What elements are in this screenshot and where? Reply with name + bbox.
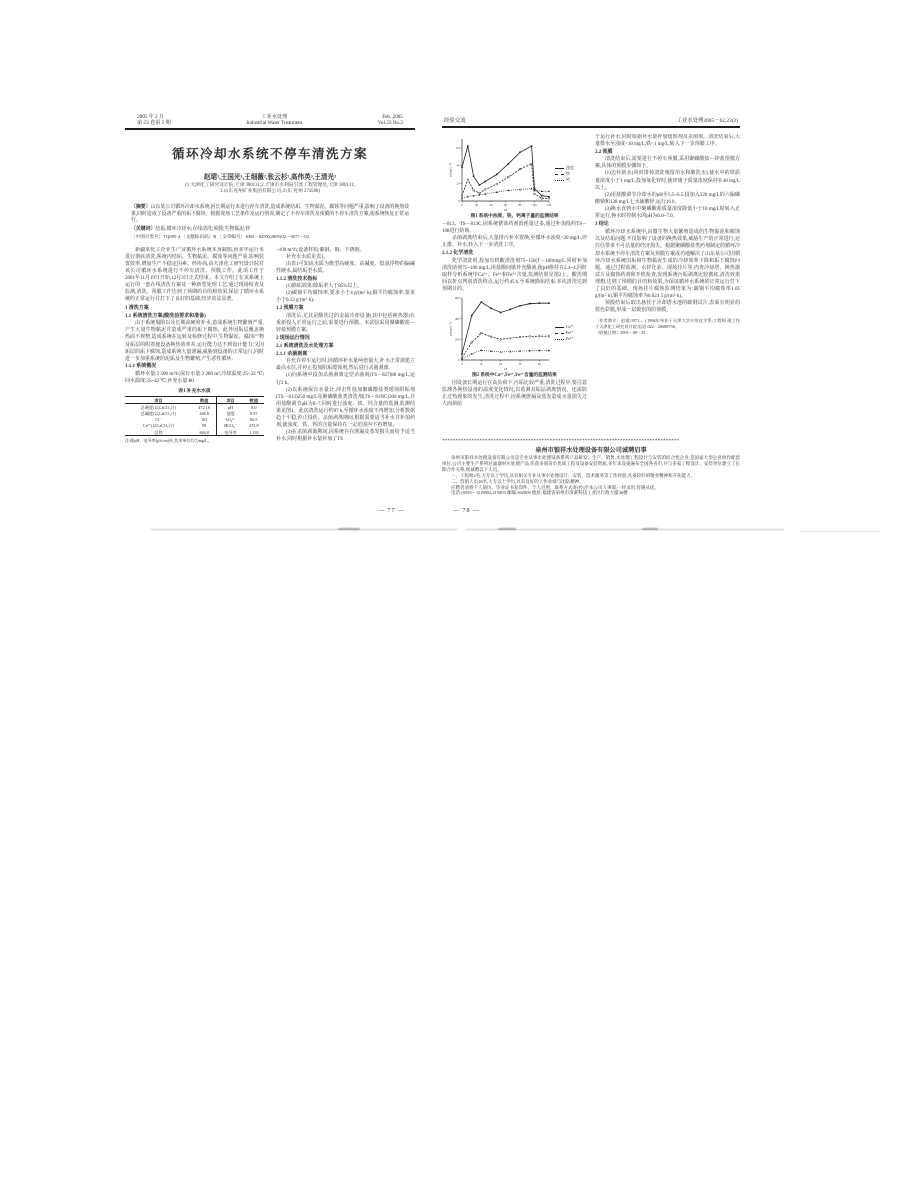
scan-fold-artifact xyxy=(800,531,880,532)
paragraph: (1)边补新水(同时排掉清洗残留用水和酸洗水),使水中的铁质量浓度小于1 mg/… xyxy=(595,170,740,191)
paragraph: 电话:(0595－)219802,215803 邮编:362000 地址:福建省… xyxy=(442,490,740,496)
section-heading: 2.1 系统清洗及水处理方案 xyxy=(276,343,415,350)
paragraph: (3)在杀菌剥离期间,因系统存在泄漏及蒸发损失而给予适当补水,同时根据补水量补加… xyxy=(276,429,415,443)
paragraph: 由表1可知该水质为典型高硬度、高碱度、低悬浮物的偏碱性硬水,属结垢型水质。 xyxy=(276,261,415,275)
journal-volume-en: Vol.23 No.2 xyxy=(378,120,403,126)
recruitment-title: 泉州市银祥水处理设备有限公司诚聘启事 xyxy=(442,445,740,454)
journal-name-en: Industrial Water Treatment xyxy=(246,120,302,126)
legend-line-sample xyxy=(555,333,564,334)
svg-text:0: 0 xyxy=(458,199,460,203)
legend-label: Ca²⁺ xyxy=(566,324,574,329)
scanned-page-left: 2005 年 2 月 第 23 卷第 2 期 工业水处理 Industrial … xyxy=(115,108,425,520)
legend-line-sample xyxy=(555,168,564,169)
section-heading: 1 清洗方案 xyxy=(125,305,264,312)
page-title: 循环冷却水系统不停车清洗方案 xyxy=(125,144,415,162)
abstract: 〔摘要〕山东某公司循环冷却水系统,因长期运行未进行停车清洗,造成系统结垢、生物黏… xyxy=(131,205,409,224)
line-chart-2: 0102030400200400600t/hρ/(mg·L⁻¹) xyxy=(448,295,552,371)
running-head-left: 经验交流 xyxy=(444,118,466,124)
svg-text:40: 40 xyxy=(538,362,542,366)
legend-entry: Fe³⁺ xyxy=(555,336,574,342)
scan-smudge xyxy=(338,528,360,530)
section-heading: 1.1 系统清洗方案(酸洗前要求和准备) xyxy=(125,313,264,320)
legend-label: 浊度 xyxy=(566,165,574,170)
svg-text:400: 400 xyxy=(455,317,460,321)
screenshot-canvas: { "journal": { "header_left_l1": "2005 年… xyxy=(0,0,920,1191)
paragraph: 预膜结束后取出悬挂于冷却塔水池的碳钢试片,表面有明显的蓝色彩膜,形成一层致密的防… xyxy=(595,300,740,314)
svg-text:600: 600 xyxy=(455,296,460,300)
abstract-label: 〔摘要〕 xyxy=(131,205,151,210)
legend-label: Fe²⁺ xyxy=(566,330,573,335)
paragraph: 泉州市银祥水处理设备有限公司是专业从事水处理设备系列产品研发、生产、销售,水处理… xyxy=(442,455,740,473)
journal-header: 经验交流 工业水处理2005－02,23(2) xyxy=(442,108,740,128)
paragraph: 清洗后,尤其是酸洗过的金属冷却设备(其中包括换热器)在重新投入正常运行之前,需要… xyxy=(276,313,415,334)
table1-note: 注:除pH、电导率(μS/cm)外,其余单位均为mg/L。 xyxy=(125,437,264,444)
journal-issue-info-en: Feb.,2005 Vol.23 No.2 xyxy=(378,114,403,126)
svg-text:120: 120 xyxy=(547,203,552,207)
svg-text:40: 40 xyxy=(490,203,494,207)
paragraph: (1)向系统中投加杀菌剥离定型杀菌剂(TS－827)80 mg/L,运行2 h。 xyxy=(276,372,415,386)
affiliation-line-2: 3.山东兖州矿业集团有限公司,山东 兖州 274500) xyxy=(125,189,415,195)
table-row: 总硬度(以CaCO₃计)472.16pH8.0 xyxy=(125,404,264,411)
svg-text:0: 0 xyxy=(458,358,460,362)
section-heading: 2.1.2 化学清洗 xyxy=(442,250,587,257)
section-heading: 3 结论 xyxy=(595,221,740,228)
svg-text:80: 80 xyxy=(519,203,523,207)
paragraph: 新疆某化工企业生产及循环水系统本身缺陷,因多年运行未进行彻底清洗,系统内结垢、生… xyxy=(125,247,264,304)
legend-line-sample xyxy=(555,327,564,328)
received-date: 〔收稿日期〕2003－09－25 xyxy=(595,330,740,336)
legend-line-sample xyxy=(555,174,564,175)
section-heading: 1.1.1 系统概况 xyxy=(125,363,264,370)
recruitment-body: 泉州市银祥水处理设备有限公司是专业从事水处理设备系列产品研发、生产、销售,水处理… xyxy=(442,455,740,496)
body-column-2: ~100 m³/h;设备材质:碳钢、铜、不锈钢。补充水水质见表1。由表1可知该水… xyxy=(276,247,415,503)
paragraph: (2)碳钢平均腐蚀率,要求小于4 g/(m²·h);铜平均腐蚀率,要求小于0.1… xyxy=(276,290,415,304)
table-row: 总铁846.8电导率1 139 xyxy=(125,429,264,436)
svg-text:20: 20 xyxy=(499,362,503,366)
body-columns: 0204060801001200204060t/hρ/(mg·L⁻¹) 浊度铁钙… xyxy=(442,134,740,434)
table1: 项目数值项目数值总硬度(以CaCO₃计)472.16pH8.0总碱度(以CaCO… xyxy=(125,396,264,436)
decorative-star-rule: ****************************************… xyxy=(442,438,740,443)
paragraph: (1)除垢效果:除垢率大于85%以上。 xyxy=(276,283,415,290)
svg-text:100: 100 xyxy=(532,203,537,207)
paragraph: 因设备长期运行在高负荷下,污垢比较严重,清洗过程中,要注意监测各换热设备的温度变… xyxy=(442,380,587,408)
figure-2: 0102030400200400600t/hρ/(mg·L⁻¹) Ca²⁺Fe²… xyxy=(448,295,587,371)
table-header-row: 项目数值项目数值 xyxy=(125,397,264,404)
scan-fold-artifact xyxy=(150,529,458,530)
figure-2-caption: 图2 系统中Ca²⁺,Fe²⁺,Fe³⁺含量的监测结果 xyxy=(442,372,587,379)
paragraph: ~100 m³/h;设备材质:碳钢、铜、不锈钢。 xyxy=(276,247,415,254)
paragraph: 在允许停车运行时,因循环补水量两倍量大,补水正常须建立最高水位,并停止投加阻垢缓… xyxy=(276,358,415,372)
line-chart-1: 0204060801001200204060t/hρ/(mg·L⁻¹) xyxy=(448,136,552,212)
section-heading: 1.1.2 清洗技术指标 xyxy=(276,276,415,283)
svg-text:10: 10 xyxy=(480,362,484,366)
paragraph: 循环水量:3 500 m³/h;保有水量:3 280 m³;冷却温度:25~32… xyxy=(125,371,264,385)
keywords: 〔关键词〕结垢;循环冷却水;在线清洗;预膜;生物黏泥;锌 xyxy=(131,227,409,233)
paragraph: 由于系统塌陷以及长期高硬度补水,造成系统生物繁殖严重,产生大量生物黏泥并造成严重… xyxy=(125,320,264,363)
svg-text:60: 60 xyxy=(457,146,461,150)
journal-name: 工业水处理 Industrial Water Treatment xyxy=(246,114,302,126)
paragraph: 于运行补水,同时根据补水量补加缓蚀剂及杀菌剂。清洗结束后,大量排水至浊度<10 … xyxy=(595,134,740,148)
svg-text:30: 30 xyxy=(519,362,523,366)
clc-line: 〔中图分类号〕TQ085·4 〔文献标识码〕B 〔文章编号〕1005－829X(… xyxy=(131,234,409,240)
scan-smudge xyxy=(498,528,516,530)
references-block: 〔作者简介〕赵珺(1971— ),1994年毕业于天津大学应用化学系,工程师,现… xyxy=(595,318,740,335)
section-heading: 2.2 预膜 xyxy=(595,149,740,156)
paragraph: 清洗结束后,需要进行不停车预膜,采用聚磷酸盐—锌盐预膜方案,具体的预膜步骤如下。 xyxy=(595,156,740,170)
table1-caption: 表1 补充水水质 xyxy=(125,388,264,395)
column-flow: 因设备长期运行在高负荷下,污垢比较严重,清洗过程中,要注意监测各换热设备的温度变… xyxy=(442,380,587,408)
legend-line-sample xyxy=(555,339,564,340)
paragraph: 化学清洗时,投加有机酸清洗剂75~150(T－100)mg/L,同时补加清洗助剂… xyxy=(442,258,587,293)
journal-volume-cn: 第 23 卷第 2 期 xyxy=(137,120,171,126)
svg-text:0: 0 xyxy=(461,362,463,366)
body-columns: 新疆某化工企业生产及循环水系统本身缺陷,因多年运行未进行彻底清洗,系统内结垢、生… xyxy=(125,247,415,503)
svg-text:ρ/(mg·L⁻¹): ρ/(mg·L⁻¹) xyxy=(449,163,453,177)
section-heading: 2.1.1 杀菌剥离 xyxy=(276,351,415,358)
paragraph: 循环冷却水系统中,由微生物大量繁殖造成的生物黏泥和腐蚀以及结垢问题,不仅影响了设… xyxy=(595,229,740,300)
section-heading: 1.2 预膜方案 xyxy=(276,305,415,312)
paragraph: (2)以系统保有水量计,冲击性投加聚磷酸盐类缓蚀阻垢剂(TS－813)250 m… xyxy=(276,387,415,430)
paragraph: (3)换水直到水中聚磷酸盐质量浓度降低小于10 mg/L时转入正常运行,换水时控… xyxy=(595,206,740,220)
paragraph: 杀菌剥离结束后,大量排污补水置换,至循环水浊度<20 mg/L,停止排、补水,转… xyxy=(442,235,587,249)
column-flow: 于运行补水,同时根据补水量补加缓蚀剂及杀菌剂。清洗结束后,大量排水至浊度<10 … xyxy=(595,134,740,314)
scan-smudge xyxy=(642,528,658,530)
svg-text:t/h: t/h xyxy=(504,208,508,212)
svg-text:200: 200 xyxy=(455,337,460,341)
journal-header: 2005 年 2 月 第 23 卷第 2 期 工业水处理 Industrial … xyxy=(125,108,415,130)
legend-entry: 钙 xyxy=(555,177,574,183)
chart-legend-2: Ca²⁺Fe²⁺Fe³⁺ xyxy=(555,324,574,342)
body-column-1: 新疆某化工企业生产及循环水系统本身缺陷,因多年运行未进行彻底清洗,系统内结垢、生… xyxy=(125,247,264,503)
author-bio: 〔作者简介〕赵珺(1971— ),1994年毕业于天津大学应用化学系,工程师,现… xyxy=(595,318,740,329)
keywords-label: 〔关键词〕 xyxy=(131,227,155,232)
figure-1: 0204060801001200204060t/hρ/(mg·L⁻¹) 浊度铁钙 xyxy=(448,136,587,212)
body-column-1: 0204060801001200204060t/hρ/(mg·L⁻¹) 浊度铁钙… xyxy=(442,134,587,434)
chart-legend-1: 浊度铁钙 xyxy=(555,165,574,183)
legend-line-sample xyxy=(555,180,564,181)
column-flow: ~100 m³/h;设备材质:碳钢、铜、不锈钢。补充水水质见表1。由表1可知该水… xyxy=(276,247,415,444)
legend-label: Fe³⁺ xyxy=(566,336,573,341)
section-heading: 2 现场运行情况 xyxy=(276,335,415,342)
keywords-text: 结垢;循环冷却水;在线清洗;预膜;生物黏泥;锌 xyxy=(155,227,250,232)
legend-label: 钙 xyxy=(566,177,570,182)
running-head-right: 工业水处理2005－02,23(2) xyxy=(676,118,738,124)
page-number: — 77 — xyxy=(378,508,405,514)
page-number: — 78 — xyxy=(453,508,480,514)
body-column-2: 于运行补水,同时根据补水量补加缓蚀剂及杀菌剂。清洗结束后,大量排水至浊度<10 … xyxy=(595,134,740,434)
svg-text:t/h: t/h xyxy=(504,367,508,371)
journal-issue-info: 2005 年 2 月 第 23 卷第 2 期 xyxy=(137,114,171,126)
svg-text:ρ/(mg·L⁻¹): ρ/(mg·L⁻¹) xyxy=(449,322,453,336)
paragraph: －813、TS－813C,因系统锈蚀药剂消耗量过多,通过补加投药TS－108进行… xyxy=(442,221,587,235)
recruitment-notice: ****************************************… xyxy=(442,438,740,496)
abstract-text: 山东某公司循环冷却水系统,因长期运行未进行停车清洗,造成系统结垢、生物黏泥、腐蚀… xyxy=(131,205,409,223)
paragraph: 补充水水质见表1。 xyxy=(276,254,415,261)
svg-text:20: 20 xyxy=(457,181,461,185)
column-flow: －813、TS－813C,因系统锈蚀药剂消耗量过多,通过补加投药TS－108进行… xyxy=(442,221,587,293)
scanned-page-right: 经验交流 工业水处理2005－02,23(2) 0204060801001200… xyxy=(437,108,745,520)
paragraph: (2)用盐酸调节冷却水的pH至5.5~6.5,投加入320 mg/L的六偏磷酸钠… xyxy=(595,192,740,206)
authors-line: 赵珺¹,王国光¹,王细薇²,张云杉¹,高伟英³,王清光³ xyxy=(125,171,415,181)
legend-label: 铁 xyxy=(566,171,570,176)
svg-text:40: 40 xyxy=(457,164,461,168)
svg-text:0: 0 xyxy=(461,203,463,207)
column-flow: 新疆某化工企业生产及循环水系统本身缺陷,因多年运行未进行彻底清洗,系统内结垢、生… xyxy=(125,247,264,385)
svg-text:60: 60 xyxy=(504,203,508,207)
figure-1-caption: 图1 系统中浊度、铁、钙离子量的监测结果 xyxy=(442,213,587,220)
svg-text:20: 20 xyxy=(475,203,479,207)
